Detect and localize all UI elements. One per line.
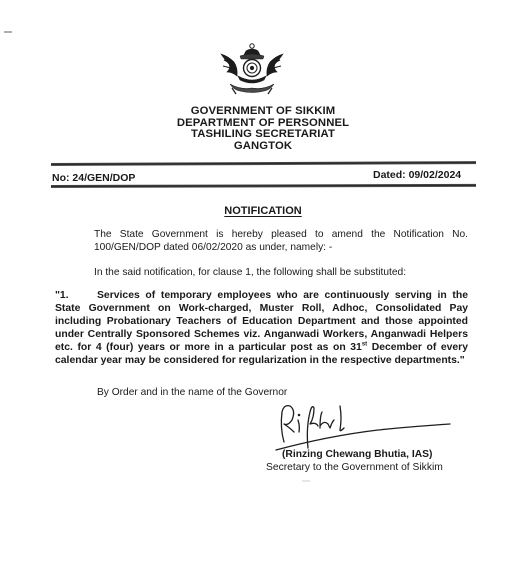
letterhead-city: GANGTOK (0, 141, 526, 153)
signatory-designation: Secretary to the Government of Sikkim (266, 462, 443, 473)
notification-title-text: NOTIFICATION (224, 205, 301, 217)
top-divider-rule (51, 161, 476, 166)
reference-date: Dated: 09/02/2024 (373, 169, 461, 181)
scan-artifact (302, 480, 310, 482)
amendment-paragraph-text: The State Government is hereby pleased t… (54, 228, 468, 254)
letterhead-secretariat: TASHILING SECRETARIAT (0, 129, 526, 141)
closing-line: By Order and in the name of the Governor (97, 387, 287, 398)
signatory-name: (Rinzing Chewang Bhutia, IAS) (282, 449, 432, 460)
notification-title: NOTIFICATION (0, 205, 526, 217)
bottom-divider-rule (51, 184, 476, 188)
letterhead-government: GOVERNMENT OF SIKKIM (0, 106, 526, 118)
substitution-paragraph: In the said notification, for clause 1, … (54, 266, 468, 279)
substituted-clause: "1.Services of temporary employees who a… (55, 289, 468, 367)
clause-number: "1. (55, 289, 97, 302)
state-emblem-icon (218, 42, 286, 98)
amendment-paragraph: The State Government is hereby pleased t… (54, 228, 468, 254)
page-edge-mark (4, 31, 12, 33)
reference-number: No: 24/GEN/DOP (52, 172, 135, 184)
signature-icon (268, 398, 458, 452)
letterhead: GOVERNMENT OF SIKKIM DEPARTMENT OF PERSO… (0, 106, 526, 152)
